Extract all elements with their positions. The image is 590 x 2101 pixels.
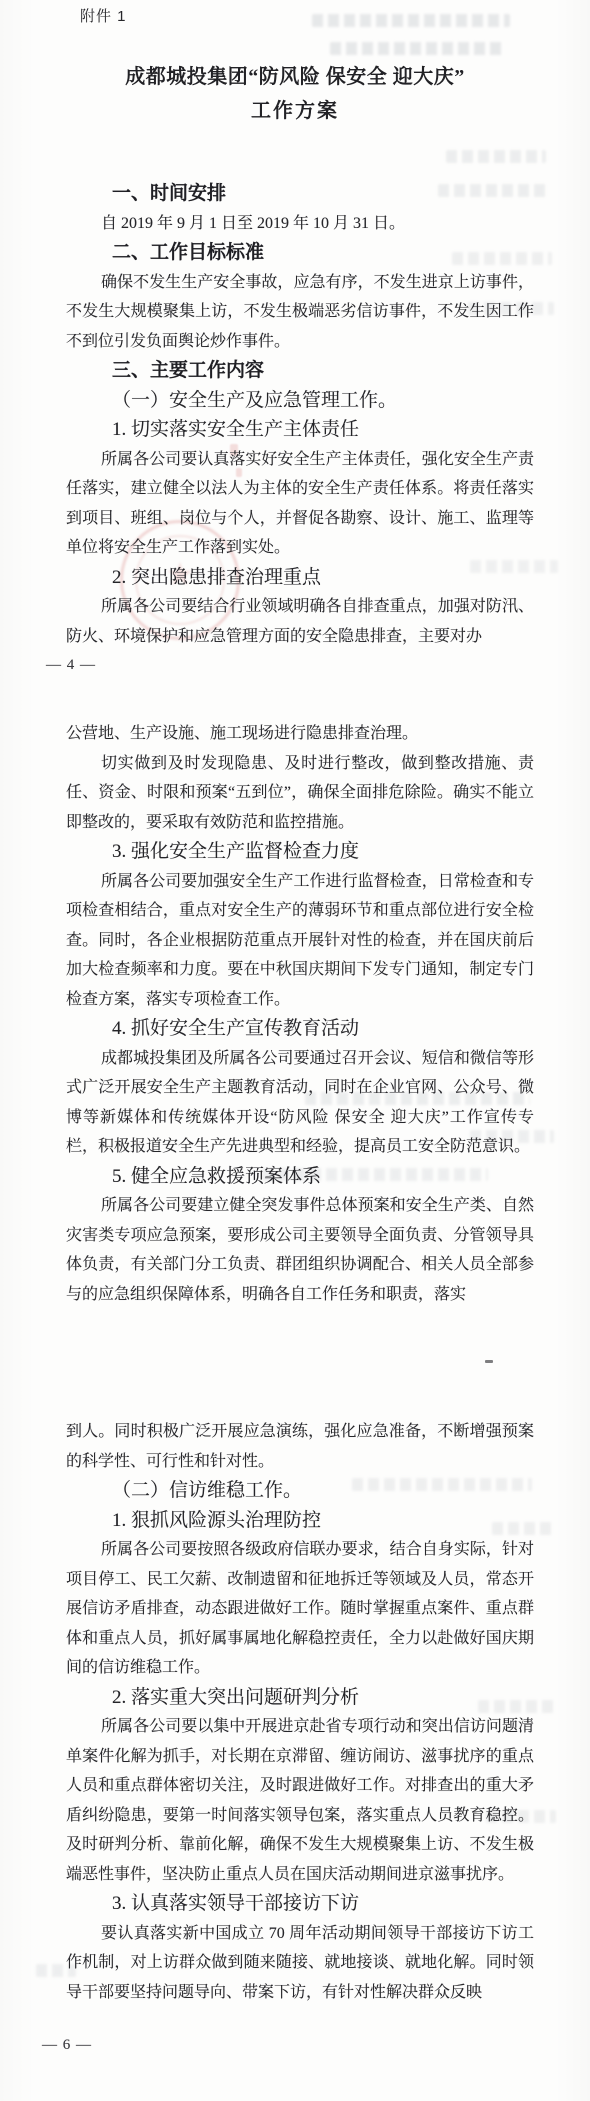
paragraph: 自 2019 年 9 月 1 日至 2019 年 10 月 31 日。 xyxy=(66,209,534,239)
page-4: 一、时间安排 自 2019 年 9 月 1 日至 2019 年 10 月 31 … xyxy=(66,179,534,681)
paragraph: 切实做到及时发现隐患、及时进行整改，做到整改措施、责任、资金、时限和预案“五到位… xyxy=(66,749,534,838)
paragraph: 确保不发生生产安全事故，应急有序，不发生进京上访事件，不发生大规模聚集上访，不发… xyxy=(66,268,534,357)
attachment-label: 附件 1 xyxy=(80,6,127,28)
page-number: — 4 — xyxy=(46,651,534,681)
sub-section-heading: （一）安全生产及应急管理工作。 xyxy=(66,386,534,416)
page-5: 公营地、生产设施、施工现场进行隐患排查治理。 切实做到及时发现隐患、及时进行整改… xyxy=(66,719,534,1309)
page-6: 到人。同时积极广泛开展应急演练，强化应急准备，不断增强预案的科学性、可行性和针对… xyxy=(66,1417,534,2061)
paragraph: 所属各公司要按照各级政府信联办要求，结合自身实际，针对项目停工、民工欠薪、改制遗… xyxy=(66,1535,534,1683)
paragraph-continued: 到人。同时积极广泛开展应急演练，强化应急准备，不断增强预案的科学性、可行性和针对… xyxy=(66,1417,534,1476)
numbered-heading: 2. 落实重大突出问题研判分析 xyxy=(66,1683,534,1713)
paragraph: 所属各公司要建立健全突发事件总体预案和安全生产类、自然灾害类专项应急预案，要形成… xyxy=(66,1191,534,1309)
paragraph: 所属各公司要加强安全生产工作进行监督检查，日常检查和专项检查相结合，重点对安全生… xyxy=(66,867,534,1015)
paragraph: 所属各公司要结合行业领域明确各自排查重点，加强对防汛、防火、环境保护和应急管理方… xyxy=(66,592,534,651)
numbered-heading: 3. 强化安全生产监督检查力度 xyxy=(66,837,534,867)
numbered-heading: 1. 切实落实安全生产主体责任 xyxy=(66,415,534,445)
bleedthrough-smudge xyxy=(312,14,510,27)
sub-section-heading: （二）信访维稳工作。 xyxy=(66,1476,534,1506)
doc-title: 成都城投集团“防风险 保安全 迎大庆” 工作方案 xyxy=(40,60,550,128)
section-heading: 二、工作目标标准 xyxy=(66,238,534,268)
doc-title-line2: 工作方案 xyxy=(40,94,550,128)
paragraph: 所属各公司要以集中开展进京赴省专项行动和突出信访问题清单案件化解为抓手，对长期在… xyxy=(66,1712,534,1889)
bleedthrough-smudge xyxy=(446,150,546,163)
numbered-heading: 3. 认真落实领导干部接访下访 xyxy=(66,1889,534,1919)
paragraph: 成都城投集团及所属各公司要通过召开会议、短信和微信等形式广泛开展安全生产主题教育… xyxy=(66,1044,534,1162)
paragraph: 要认真落实新中国成立 70 周年活动期间领导干部接访下访工作机制，对上访群众做到… xyxy=(66,1919,534,2008)
bleedthrough-smudge xyxy=(330,42,502,55)
doc-title-line1: 成都城投集团“防风险 保安全 迎大庆” xyxy=(40,60,550,94)
numbered-heading: 4. 抓好安全生产宣传教育活动 xyxy=(66,1014,534,1044)
section-heading: 一、时间安排 xyxy=(66,179,534,209)
numbered-heading: 2. 突出隐患排查治理重点 xyxy=(66,563,534,593)
paragraph: 所属各公司要认真落实好安全生产主体责任，强化安全生产责任落实，建立健全以法人为主… xyxy=(66,445,534,563)
page-number-faint-mark xyxy=(485,1360,493,1363)
page-number: — 6 — xyxy=(42,2031,534,2061)
scanned-document: ★ 附件 1 成都城投集团“防风险 保安全 迎大庆” 工作方案 一、时间安排 自… xyxy=(0,0,590,2101)
numbered-heading: 1. 狠抓风险源头治理防控 xyxy=(66,1506,534,1536)
paragraph-continued: 公营地、生产设施、施工现场进行隐患排查治理。 xyxy=(66,719,534,749)
section-heading: 三、主要工作内容 xyxy=(66,356,534,386)
numbered-heading: 5. 健全应急救援预案体系 xyxy=(66,1162,534,1192)
